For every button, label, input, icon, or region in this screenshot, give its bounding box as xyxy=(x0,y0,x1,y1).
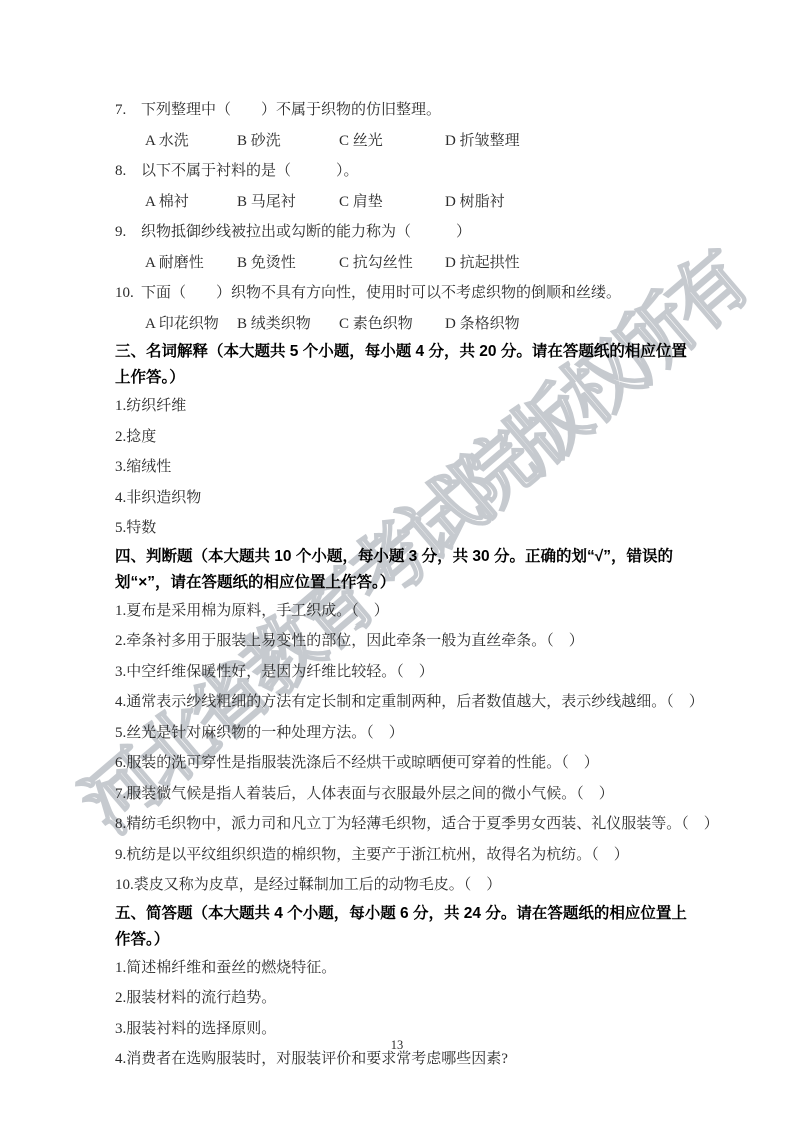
question-9-options: A 耐磨性B 免烫性C 抗勾丝性D 抗起拱性 xyxy=(115,248,697,279)
question-10-option-b: B 绒类织物 xyxy=(237,309,339,340)
section-3-heading: 三、名词解释（本大题共 5 个小题，每小题 4 分，共 20 分。请在答题纸的相… xyxy=(115,339,697,391)
question-9-text: 织物抵御纱线被拉出或勾断的能力称为（ ） xyxy=(141,224,471,240)
question-7-options: A 水洗B 砂洗C 丝光D 折皱整理 xyxy=(115,126,697,157)
tf-item-10: 10.裘皮又称为皮草，是经过鞣制加工后的动物毛皮。（ ） xyxy=(115,870,697,901)
question-10-options: A 印花织物B 绒类织物C 素色织物D 条格织物 xyxy=(115,309,697,340)
tf-item-9: 9.杭纺是以平纹组织织造的棉织物，主要产于浙江杭州，故得名为杭纺。（ ） xyxy=(115,840,697,871)
question-8-option-c: C 肩垫 xyxy=(339,187,445,218)
term-item-1: 1.纺织纤维 xyxy=(115,391,697,422)
term-item-5: 5.特数 xyxy=(115,513,697,544)
question-9: 9.织物抵御纱线被拉出或勾断的能力称为（ ） xyxy=(115,217,697,248)
question-10-number: 10. xyxy=(115,278,141,309)
term-item-2: 2.捻度 xyxy=(115,422,697,453)
tf-item-1: 1.夏布是采用棉为原料，手工织成。（ ） xyxy=(115,596,697,627)
page-number: 13 xyxy=(0,1038,794,1053)
question-10-option-a: A 印花织物 xyxy=(145,309,237,340)
term-item-4: 4.非织造织物 xyxy=(115,483,697,514)
section-4-heading: 四、判断题（本大题共 10 个小题，每小题 3 分，共 30 分。正确的划“√”… xyxy=(115,544,697,596)
question-7-option-d: D 折皱整理 xyxy=(445,126,520,157)
sa-item-2: 2.服装材料的流行趋势。 xyxy=(115,983,697,1014)
question-10: 10.下面（ ）织物不具有方向性，使用时可以不考虑织物的倒顺和丝缕。 xyxy=(115,278,697,309)
question-7-option-c: C 丝光 xyxy=(339,126,445,157)
question-9-option-c: C 抗勾丝性 xyxy=(339,248,445,279)
question-9-option-d: D 抗起拱性 xyxy=(445,248,520,279)
exam-content: 7.下列整理中（ ）不属于织物的仿旧整理。 A 水洗B 砂洗C 丝光D 折皱整理… xyxy=(115,0,697,1075)
tf-item-4: 4.通常表示纱线粗细的方法有定长制和定重制两种，后者数值越大，表示纱线越细。（ … xyxy=(115,687,697,718)
question-9-option-b: B 免烫性 xyxy=(237,248,339,279)
question-8-option-d: D 树脂衬 xyxy=(445,187,505,218)
question-7-option-a: A 水洗 xyxy=(145,126,237,157)
question-10-option-d: D 条格织物 xyxy=(445,309,520,340)
tf-item-8: 8.精纺毛织物中，派力司和凡立丁为轻薄毛织物，适合于夏季男女西装、礼仪服装等。（… xyxy=(115,809,697,840)
tf-item-5: 5.丝光是针对麻织物的一种处理方法。（ ） xyxy=(115,718,697,749)
question-7-option-b: B 砂洗 xyxy=(237,126,339,157)
question-8-number: 8. xyxy=(115,156,141,187)
question-8-option-b: B 马尾衬 xyxy=(237,187,339,218)
question-9-number: 9. xyxy=(115,217,141,248)
term-item-3: 3.缩绒性 xyxy=(115,452,697,483)
question-7: 7.下列整理中（ ）不属于织物的仿旧整理。 xyxy=(115,95,697,126)
tf-item-6: 6.服装的洗可穿性是指服装洗涤后不经烘干或晾晒便可穿着的性能。（ ） xyxy=(115,748,697,779)
question-10-option-c: C 素色织物 xyxy=(339,309,445,340)
exam-paper-page: 河北省教育考试院版权所有 7.下列整理中（ ）不属于织物的仿旧整理。 A 水洗B… xyxy=(0,0,794,1123)
tf-item-7: 7.服装微气候是指人着装后，人体表面与衣服最外层之间的微小气候。（ ） xyxy=(115,779,697,810)
question-8-options: A 棉衬B 马尾衬C 肩垫D 树脂衬 xyxy=(115,187,697,218)
question-7-text: 下列整理中（ ）不属于织物的仿旧整理。 xyxy=(141,102,441,118)
question-7-number: 7. xyxy=(115,95,141,126)
question-8: 8.以下不属于衬料的是（ ）。 xyxy=(115,156,697,187)
question-8-text: 以下不属于衬料的是（ ）。 xyxy=(141,163,359,179)
question-9-option-a: A 耐磨性 xyxy=(145,248,237,279)
section-5-heading: 五、简答题（本大题共 4 个小题，每小题 6 分，共 24 分。请在答题纸的相应… xyxy=(115,901,697,953)
sa-item-1: 1.简述棉纤维和蚕丝的燃烧特征。 xyxy=(115,953,697,984)
question-8-option-a: A 棉衬 xyxy=(145,187,237,218)
tf-item-3: 3.中空纤维保暖性好，是因为纤维比较轻。（ ） xyxy=(115,657,697,688)
question-10-text: 下面（ ）织物不具有方向性，使用时可以不考虑织物的倒顺和丝缕。 xyxy=(141,285,621,301)
tf-item-2: 2.牵条衬多用于服装上易变性的部位，因此牵条一般为直丝牵条。（ ） xyxy=(115,626,697,657)
